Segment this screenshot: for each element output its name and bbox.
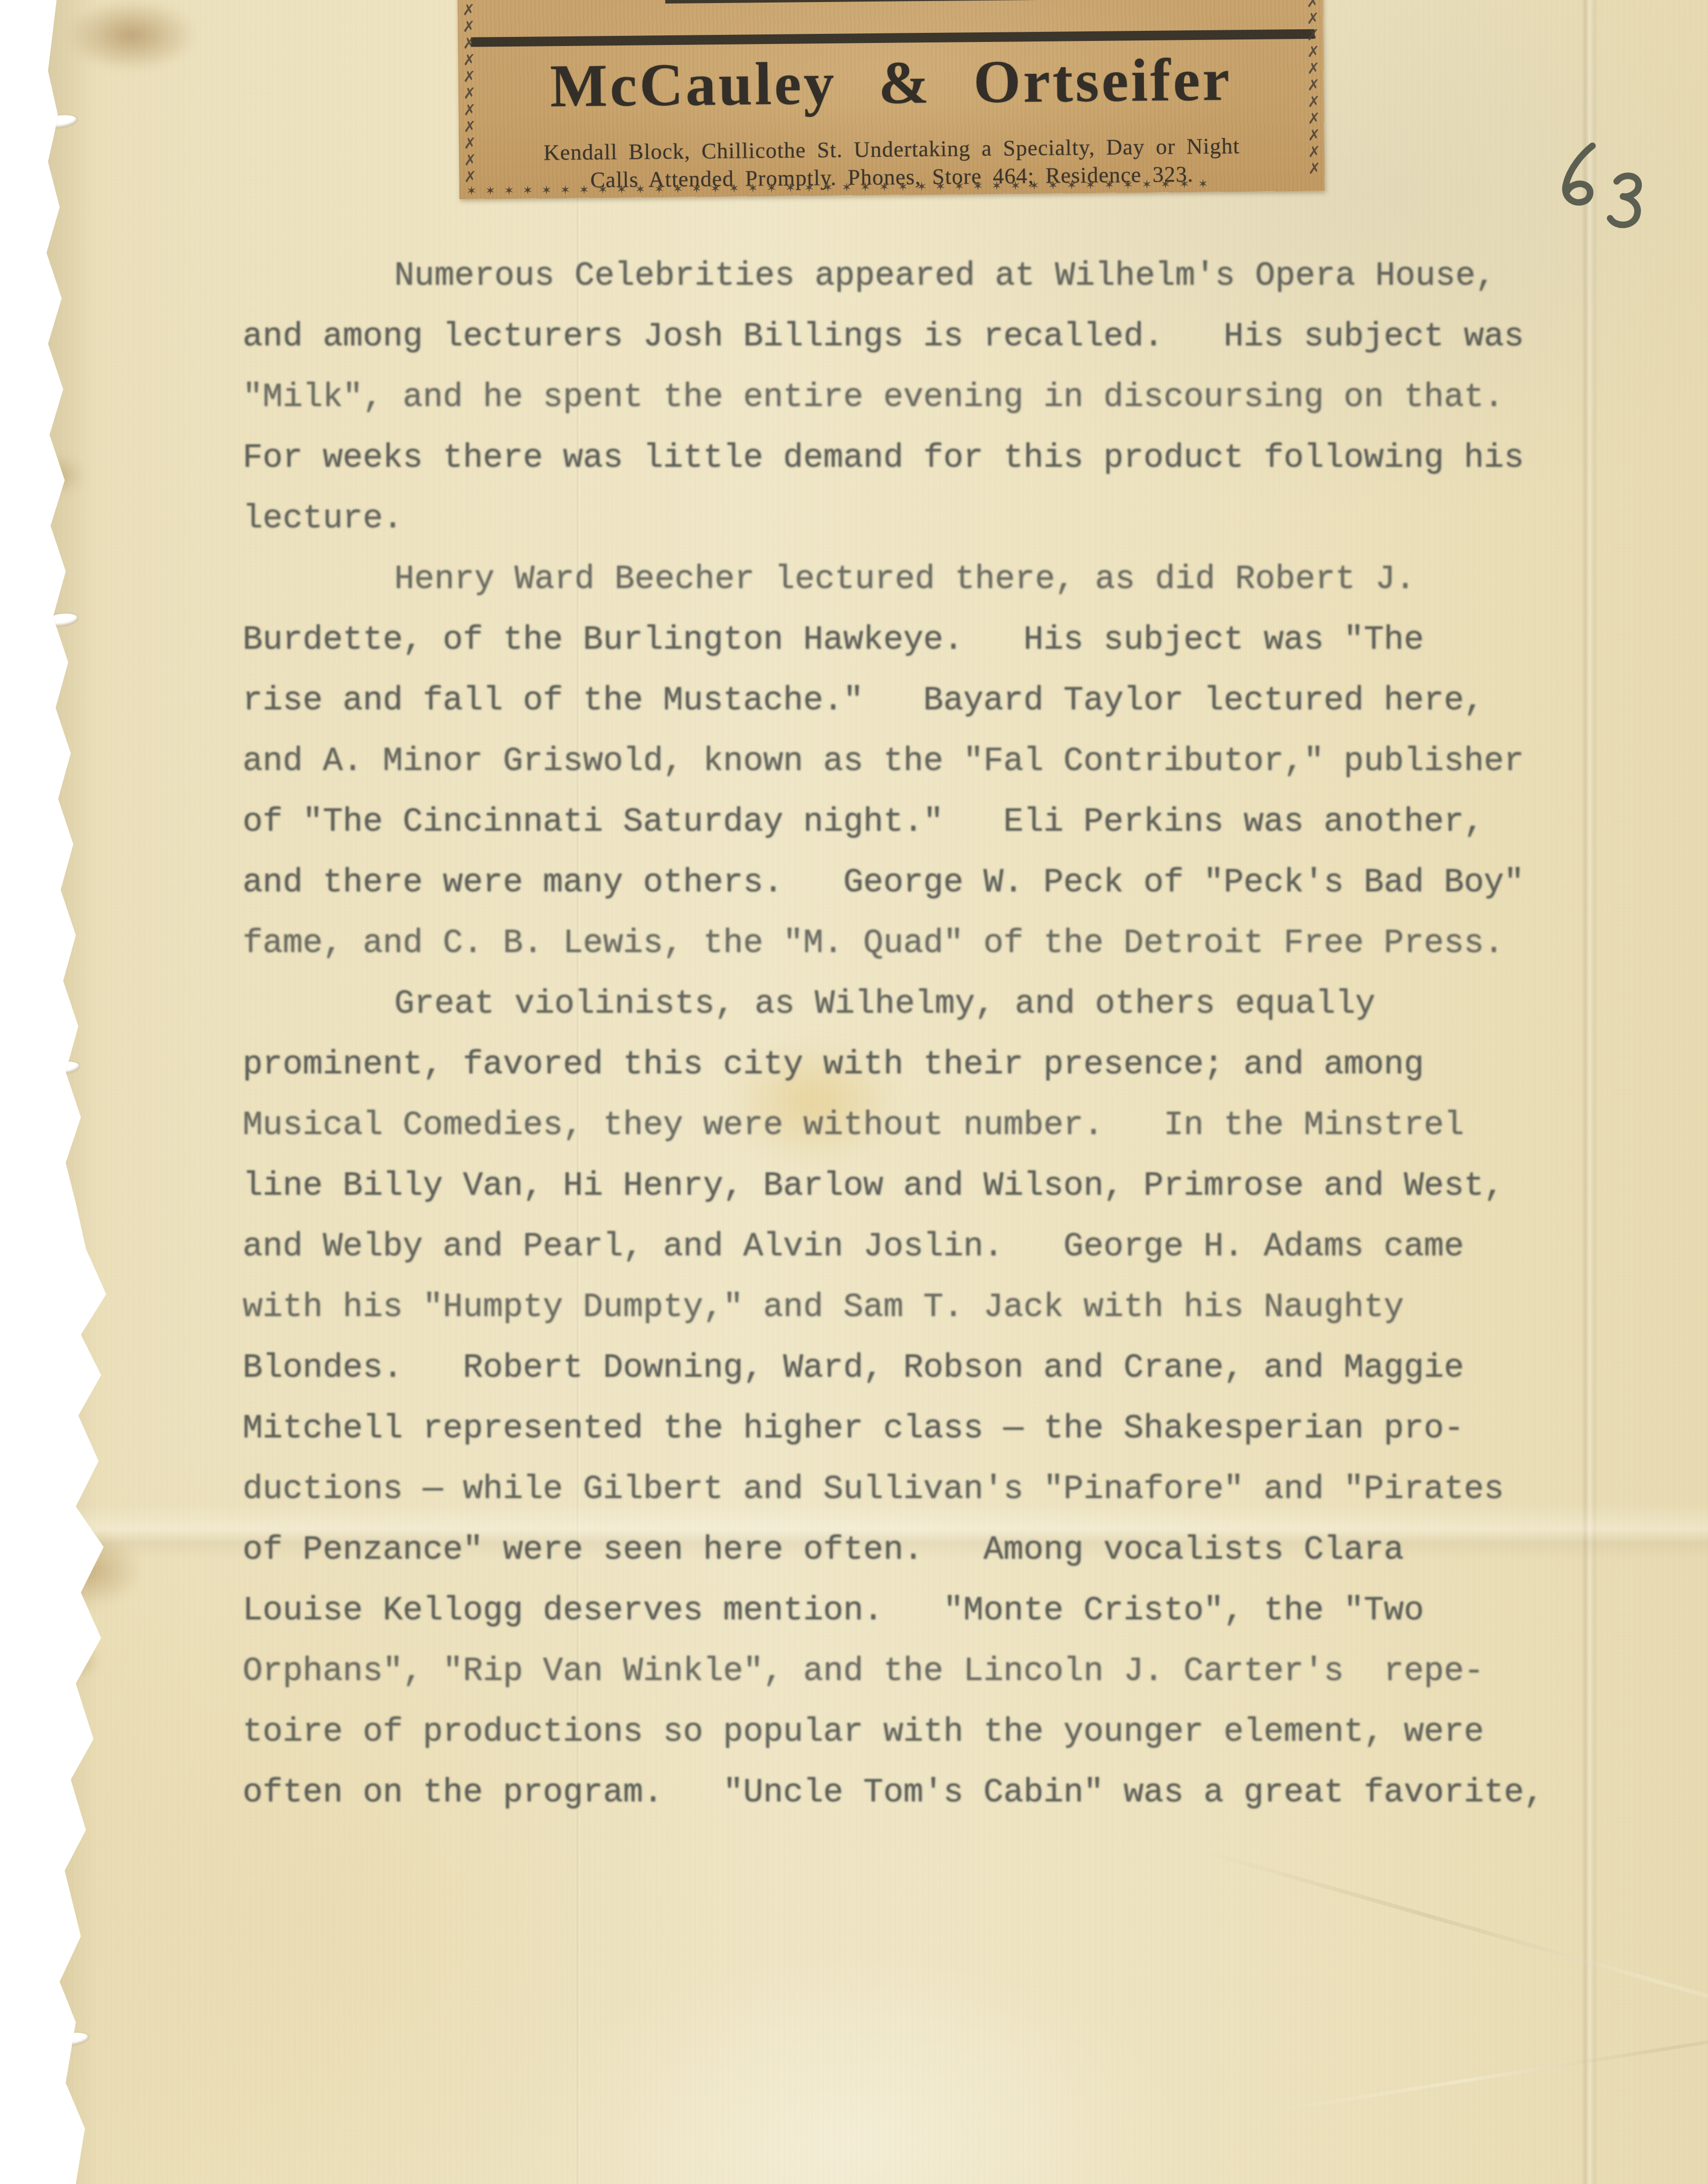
- typed-line: fame, and C. B. Lewis, the "M. Quad" of …: [243, 924, 1618, 985]
- typed-line: Mitchell represented the higher class — …: [243, 1409, 1618, 1470]
- typed-line: Henry Ward Beecher lectured there, as di…: [243, 560, 1618, 621]
- typed-line: lecture.: [243, 499, 1618, 560]
- typed-line: Numerous Celebrities appeared at Wilhelm…: [243, 257, 1618, 317]
- handwritten-page-number: 63: [1548, 135, 1677, 254]
- typed-line: For weeks there was little demand for th…: [243, 439, 1618, 499]
- wrinkle-line: [1201, 1849, 1708, 2048]
- typed-line: Orphans", "Rip Van Winkle", and the Linc…: [243, 1652, 1618, 1713]
- ad-title: McCauley & Ortseifer: [488, 49, 1294, 117]
- typed-line: of Penzance" were seen here often. Among…: [243, 1531, 1618, 1591]
- ad-address-line: Kendall Block, Chillicothe St. Undertaki…: [484, 134, 1299, 164]
- typed-line: and there were many others. George W. Pe…: [243, 863, 1618, 924]
- typed-line: toire of productions so popular with the…: [243, 1713, 1618, 1773]
- typed-line: ductions — while Gilbert and Sullivan's …: [243, 1470, 1618, 1531]
- typed-text-block: Numerous Celebrities appeared at Wilhelm…: [243, 257, 1618, 1834]
- typed-line: "Milk", and he spent the entire evening …: [243, 378, 1618, 439]
- wrinkle-line: [1267, 2015, 1708, 2114]
- typed-line: and Welby and Pearl, and Alvin Joslin. G…: [243, 1227, 1618, 1288]
- handwritten-63-strokes: [1548, 135, 1677, 254]
- ad-top-rule: [665, 0, 1310, 4]
- ad-top-rule-2: [471, 29, 1314, 47]
- punch-hole: [54, 1558, 87, 1574]
- typed-line: Great violinists, as Wilhelmy, and other…: [243, 985, 1618, 1045]
- torn-edge-shadow: [45, 0, 111, 2184]
- typed-line: Blondes. Robert Downing, Ward, Robson an…: [243, 1349, 1618, 1409]
- typed-line: and A. Minor Griswold, known as the "Fal…: [243, 742, 1618, 803]
- typed-line: and among lecturers Josh Billings is rec…: [243, 317, 1618, 378]
- ad-star-border-right: ✗ ✗ ✗ ✗ ✗ ✗ ✗ ✗ ✗ ✗ ✗: [1303, 0, 1325, 179]
- typed-line: Burdette, of the Burlington Hawkeye. His…: [243, 621, 1618, 681]
- scrapbook-page: ✗ ✗ ✗ ✗ ✗ ✗ ✗ ✗ ✗ ✗ ✗ ✗ ✗ ✗ ✗ ✗ ✗ ✗ ✗ ✗ …: [0, 0, 1708, 2184]
- typed-line: line Billy Van, Hi Henry, Barlow and Wil…: [243, 1167, 1618, 1227]
- scan-canvas: ✗ ✗ ✗ ✗ ✗ ✗ ✗ ✗ ✗ ✗ ✗ ✗ ✗ ✗ ✗ ✗ ✗ ✗ ✗ ✗ …: [0, 0, 1708, 2184]
- typed-line: of "The Cincinnati Saturday night." Eli …: [243, 803, 1618, 863]
- typed-line: Louise Kellogg deserves mention. "Monte …: [243, 1591, 1618, 1652]
- newspaper-ad-clipping: ✗ ✗ ✗ ✗ ✗ ✗ ✗ ✗ ✗ ✗ ✗ ✗ ✗ ✗ ✗ ✗ ✗ ✗ ✗ ✗ …: [457, 0, 1325, 199]
- ad-star-border-left: ✗ ✗ ✗ ✗ ✗ ✗ ✗ ✗ ✗ ✗ ✗: [458, 2, 481, 187]
- typed-line: with his "Humpty Dumpty," and Sam T. Jac…: [243, 1288, 1618, 1349]
- typed-line: prominent, favored this city with their …: [243, 1045, 1618, 1106]
- typed-line: rise and fall of the Mustache." Bayard T…: [243, 681, 1618, 742]
- typed-line: often on the program. "Uncle Tom's Cabin…: [243, 1773, 1618, 1834]
- typed-line: Musical Comedies, they were without numb…: [243, 1106, 1618, 1167]
